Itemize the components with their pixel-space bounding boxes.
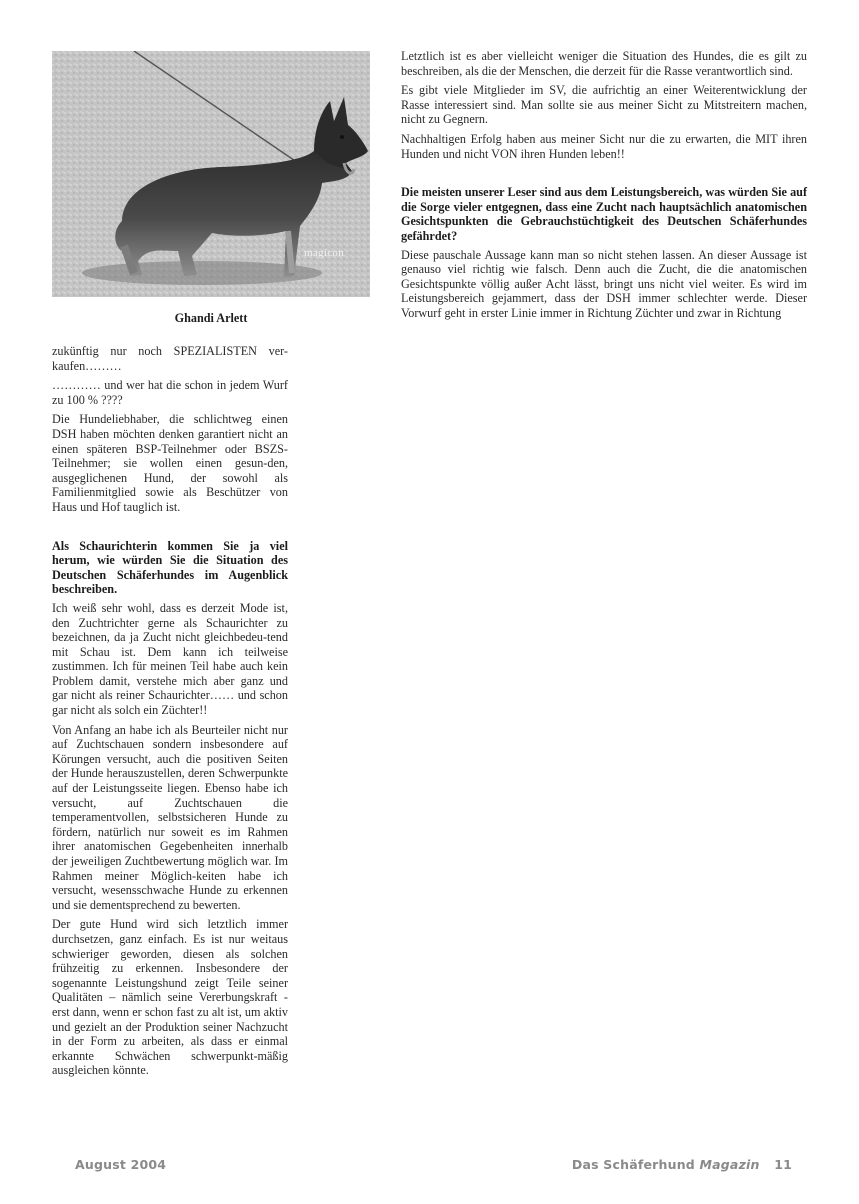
interview-question: Als Schaurichterin kommen Sie ja viel he… (52, 539, 288, 597)
magazine-name: Das Schäferhund (572, 1157, 695, 1172)
dog-photo: magicon (52, 51, 370, 297)
page-number: 11 (774, 1157, 792, 1172)
section-spacer (401, 166, 807, 185)
right-text-column: Letztlich ist es aber vielleicht weniger… (401, 49, 807, 326)
magazine-title: Das Schäferhund Magazin 11 (572, 1157, 792, 1172)
body-paragraph: Nachhaltigen Erfolg haben aus meiner Sic… (401, 132, 807, 161)
answer-paragraph: Der gute Hund wird sich letztlich immer … (52, 917, 288, 1078)
body-paragraph: zukünftig nur noch SPEZIALISTEN ver-kauf… (52, 344, 288, 373)
issue-date: August 2004 (75, 1157, 166, 1172)
photo-block: magicon Ghandi Arlett (52, 51, 288, 326)
body-paragraph: Es gibt viele Mitglieder im SV, die aufr… (401, 83, 807, 127)
left-text-column: zukünftig nur noch SPEZIALISTEN ver-kauf… (52, 344, 288, 1083)
answer-paragraph: Von Anfang an habe ich als Beurteiler ni… (52, 723, 288, 913)
section-spacer (52, 520, 288, 539)
magazine-name-italic: Magazin (700, 1157, 760, 1172)
body-paragraph: Letztlich ist es aber vielleicht weniger… (401, 49, 807, 78)
photo-caption: Ghandi Arlett (52, 311, 370, 326)
answer-paragraph: Ich weiß sehr wohl, dass es derzeit Mode… (52, 601, 288, 718)
interview-question: Die meisten unserer Leser sind aus dem L… (401, 185, 807, 243)
dog-illustration (52, 51, 370, 297)
answer-paragraph: Diese pauschale Aussage kann man so nich… (401, 248, 807, 321)
body-paragraph: Die Hundeliebhaber, die schlichtweg eine… (52, 412, 288, 514)
body-paragraph: ………… und wer hat die schon in jedem Wurf… (52, 378, 288, 407)
photo-watermark: magicon (304, 247, 344, 259)
page-footer: August 2004 Das Schäferhund Magazin 11 (75, 1157, 792, 1172)
